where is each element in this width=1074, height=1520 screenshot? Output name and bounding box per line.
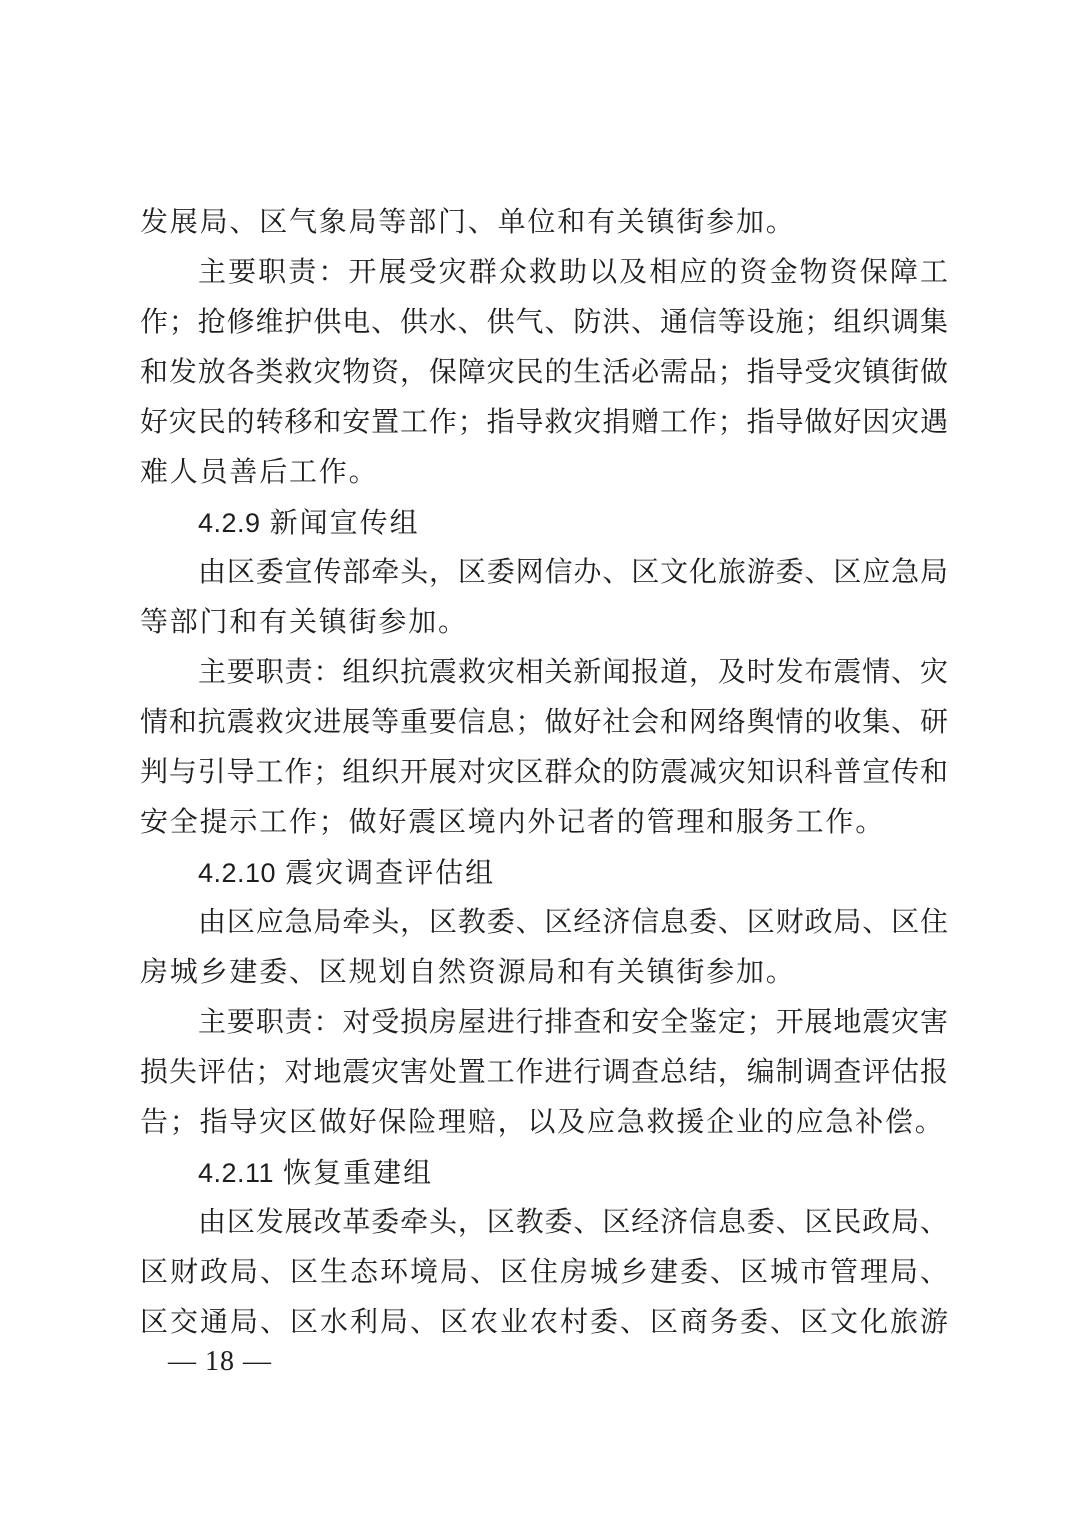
- text-line: 告；指导灾区做好保险理赔，以及应急救援企业的应急补偿。: [140, 1098, 948, 1148]
- heading-title: 震灾调查评估组: [285, 858, 495, 889]
- text-line: 作；抢修维护供电、供水、供气、防洪、通信等设施；组织调集: [140, 298, 948, 348]
- text-line: 发展局、区气象局等部门、单位和有关镇街参加。: [140, 198, 948, 248]
- text-line: 损失评估；对地震灾害处置工作进行调查总结，编制调查评估报: [140, 1048, 948, 1098]
- text-line: 难人员善后工作。: [140, 448, 948, 498]
- text-line: 主要职责：开展受灾群众救助以及相应的资金物资保障工: [140, 248, 948, 298]
- section-heading: 4.2.11恢复重建组: [140, 1148, 948, 1198]
- heading-title: 新闻宣传组: [270, 508, 420, 539]
- text-line: 等部门和有关镇街参加。: [140, 598, 948, 648]
- heading-number: 4.2.9: [198, 508, 261, 538]
- heading-title: 恢复重建组: [283, 1158, 433, 1189]
- text-line: 和发放各类救灾物资，保障灾民的生活必需品；指导受灾镇街做: [140, 348, 948, 398]
- text-line: 由区委宣传部牵头，区委网信办、区文化旅游委、区应急局: [140, 548, 948, 598]
- document-page: 发展局、区气象局等部门、单位和有关镇街参加。主要职责：开展受灾群众救助以及相应的…: [0, 0, 1074, 1520]
- document-body: 发展局、区气象局等部门、单位和有关镇街参加。主要职责：开展受灾群众救助以及相应的…: [140, 198, 948, 1348]
- text-line: 判与引导工作；组织开展对灾区群众的防震减灾知识科普宣传和: [140, 748, 948, 798]
- text-line: 情和抗震救灾进展等重要信息；做好社会和网络舆情的收集、研: [140, 698, 948, 748]
- text-line: 由区应急局牵头，区教委、区经济信息委、区财政局、区住: [140, 898, 948, 948]
- text-line: 主要职责：对受损房屋进行排查和安全鉴定；开展地震灾害: [140, 998, 948, 1048]
- heading-number: 4.2.10: [198, 858, 276, 888]
- text-line: 主要职责：组织抗震救灾相关新闻报道，及时发布震情、灾: [140, 648, 948, 698]
- section-heading: 4.2.10震灾调查评估组: [140, 848, 948, 898]
- text-line: 由区发展改革委牵头，区教委、区经济信息委、区民政局、: [140, 1198, 948, 1248]
- text-line: 房城乡建委、区规划自然资源局和有关镇街参加。: [140, 948, 948, 998]
- text-line: 安全提示工作；做好震区境内外记者的管理和服务工作。: [140, 798, 948, 848]
- heading-number: 4.2.11: [198, 1158, 274, 1188]
- section-heading: 4.2.9新闻宣传组: [140, 498, 948, 548]
- text-line: 好灾民的转移和安置工作；指导救灾捐赠工作；指导做好因灾遇: [140, 398, 948, 448]
- text-line: 区财政局、区生态环境局、区住房城乡建委、区城市管理局、: [140, 1248, 948, 1298]
- text-line: 区交通局、区水利局、区农业农村委、区商务委、区文化旅游: [140, 1298, 948, 1348]
- page-number: — 18 —: [168, 1346, 272, 1378]
